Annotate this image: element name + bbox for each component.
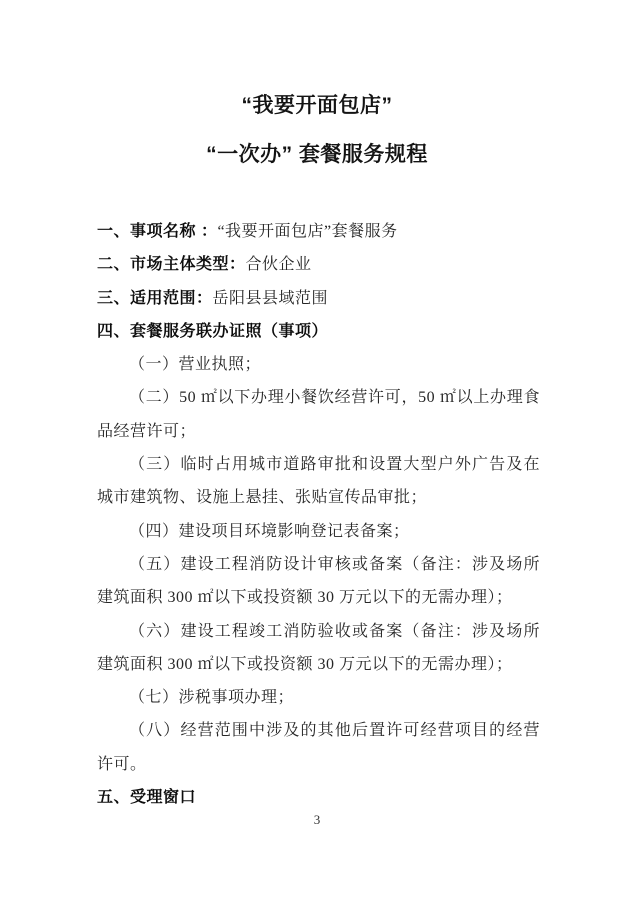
document-page: “我要开面包店” “一次办” 套餐服务规程 一、事项名称 ：“我要开面包店”套餐… [0, 0, 634, 898]
list-item-4: （四）建设项目环境影响登记表备案； [97, 515, 540, 548]
list-item-8: （八）经营范围中涉及的其他后置许可经营项目的经营许可。 [97, 714, 540, 781]
document-body: 一、事项名称 ：“我要开面包店”套餐服务 二、市场主体类型：合伙企业 三、适用范… [97, 215, 540, 814]
list-item-1: （一）营业执照； [97, 348, 540, 381]
list-item-6: （六）建设工程竣工消防验收或备案（备注：涉及场所建筑面积 300 ㎡以下或投资额… [97, 615, 540, 682]
section-heading-window: 五、受理窗口 [97, 781, 540, 814]
doc-title-line2: “一次办” 套餐服务规程 [0, 143, 634, 167]
section-item-name: 一、事项名称 ：“我要开面包店”套餐服务 [97, 215, 540, 248]
section-entity-type: 二、市场主体类型：合伙企业 [97, 248, 540, 281]
section-heading-licenses: 四、套餐服务联办证照（事项） [97, 315, 540, 348]
doc-title-line1: “我要开面包店” [0, 0, 634, 118]
page-number: 3 [0, 812, 634, 828]
list-item-5: （五）建设工程消防设计审核或备案（备注：涉及场所建筑面积 300 ㎡以下或投资额… [97, 548, 540, 615]
list-item-3: （三）临时占用城市道路审批和设置大型户外广告及在城市建筑物、设施上悬挂、张贴宣传… [97, 448, 540, 515]
section-label-scope: 三、适用范围： [97, 290, 213, 307]
list-item-2: （二）50 ㎡以下办理小餐饮经营许可，50 ㎡以上办理食品经营许可； [97, 381, 540, 448]
list-item-7: （七）涉税事项办理； [97, 681, 540, 714]
section-value-item-name: “我要开面包店”套餐服务 [217, 223, 397, 240]
section-label-entity-type: 二、市场主体类型： [97, 256, 246, 273]
section-value-scope: 岳阳县县域范围 [213, 290, 329, 307]
section-label-item-name: 一、事项名称 ： [97, 223, 217, 240]
section-value-entity-type: 合伙企业 [246, 256, 312, 273]
section-scope: 三、适用范围：岳阳县县域范围 [97, 282, 540, 315]
